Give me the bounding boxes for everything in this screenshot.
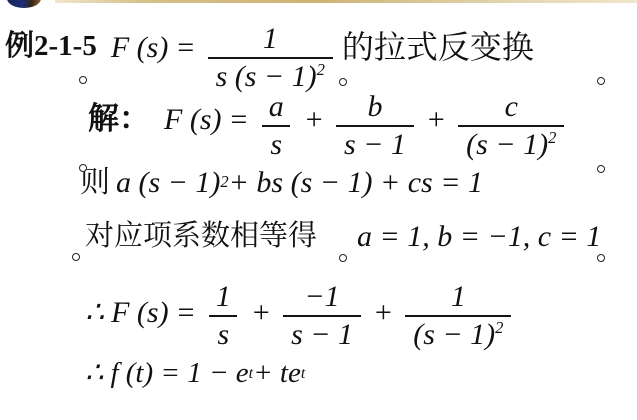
marker-circle-icon (597, 254, 605, 262)
equation-line-result-ft: ∴ f (t) = 1 − et + tet (85, 358, 305, 390)
marker-circle-icon (597, 77, 605, 85)
title-suffix-text: 的拉式反变换 (342, 30, 534, 65)
numerator: c (497, 90, 526, 125)
function-lhs: F (s) (111, 296, 168, 329)
denominator-text: (s − 1) (413, 318, 495, 351)
fraction: −1 s − 1 (283, 280, 361, 353)
equals-sign: = (176, 296, 196, 329)
fraction: c (s − 1)2 (458, 90, 564, 163)
plus-sign: + (426, 103, 446, 136)
denominator: s (209, 315, 237, 353)
equation-line-identity: 则 a (s − 1)2 + bs (s − 1) + cs = 1 (80, 166, 483, 199)
numerator: 1 (208, 280, 239, 315)
marker-circle-icon (72, 253, 80, 261)
marker-circle-icon (339, 78, 347, 86)
marker-circle-icon (597, 165, 605, 173)
equation-line-solution: 解： F (s) = a s + b s − 1 + c (s − 1)2 (88, 76, 569, 163)
denominator-exponent: 2 (548, 128, 556, 147)
answer-lhs: f (t) = 1 − e (110, 358, 248, 390)
fraction: a s (261, 90, 292, 163)
numerator: b (359, 90, 390, 125)
plus-sign: + (251, 296, 271, 329)
numerator: −1 (296, 280, 347, 315)
fraction: b s − 1 (336, 90, 414, 163)
denominator: s − 1 (336, 125, 414, 163)
denominator-text: (s − 1) (466, 128, 548, 161)
denominator: (s − 1)2 (458, 125, 564, 163)
therefore-sign: ∴ (85, 296, 104, 329)
therefore-sign: ∴ (85, 358, 103, 390)
denominator: s − 1 (283, 315, 361, 353)
numerator: a (261, 90, 292, 125)
coefficient-statement-label: 对应项系数相等得 (85, 221, 317, 253)
identity-rhs: + bs (s − 1) + cs = 1 (229, 166, 483, 199)
equation-line-coefficients: 对应项系数相等得 a = 1, b = −1, c = 1 (85, 220, 601, 253)
exponent: 2 (220, 173, 228, 191)
coefficient-values: a = 1, b = −1, c = 1 (357, 220, 601, 253)
example-number-label: 例2-1-5 (5, 31, 97, 63)
numerator: 1 (443, 280, 474, 315)
denominator: (s − 1)2 (405, 315, 511, 353)
solution-label: 解： (88, 102, 150, 136)
plus-sign: + (373, 296, 393, 329)
lecture-slide: 例2-1-5 F (s) = 1 s (s − 1)2 的拉式反变换 解： F … (0, 0, 637, 420)
equation-line-result-fs: ∴ F (s) = 1 s + −1 s − 1 + 1 (s − 1)2 (85, 272, 516, 353)
equals-sign: = (228, 103, 248, 136)
function-lhs: F (s) (164, 103, 221, 136)
identity-lhs: a (s − 1) (116, 166, 220, 199)
denominator: s (262, 125, 290, 163)
numerator: 1 (255, 22, 286, 57)
marker-circle-icon (79, 164, 87, 172)
fraction: 1 s (208, 280, 239, 353)
denominator-exponent: 2 (495, 318, 503, 337)
function-lhs: F (s) (111, 31, 168, 64)
marker-circle-icon (339, 254, 347, 262)
fraction: 1 (s − 1)2 (405, 280, 511, 353)
marker-circle-icon (79, 76, 87, 84)
answer-rhs: + te (253, 358, 301, 390)
exponent: t (301, 365, 305, 383)
equals-sign: = (175, 31, 195, 64)
plus-sign: + (304, 103, 324, 136)
